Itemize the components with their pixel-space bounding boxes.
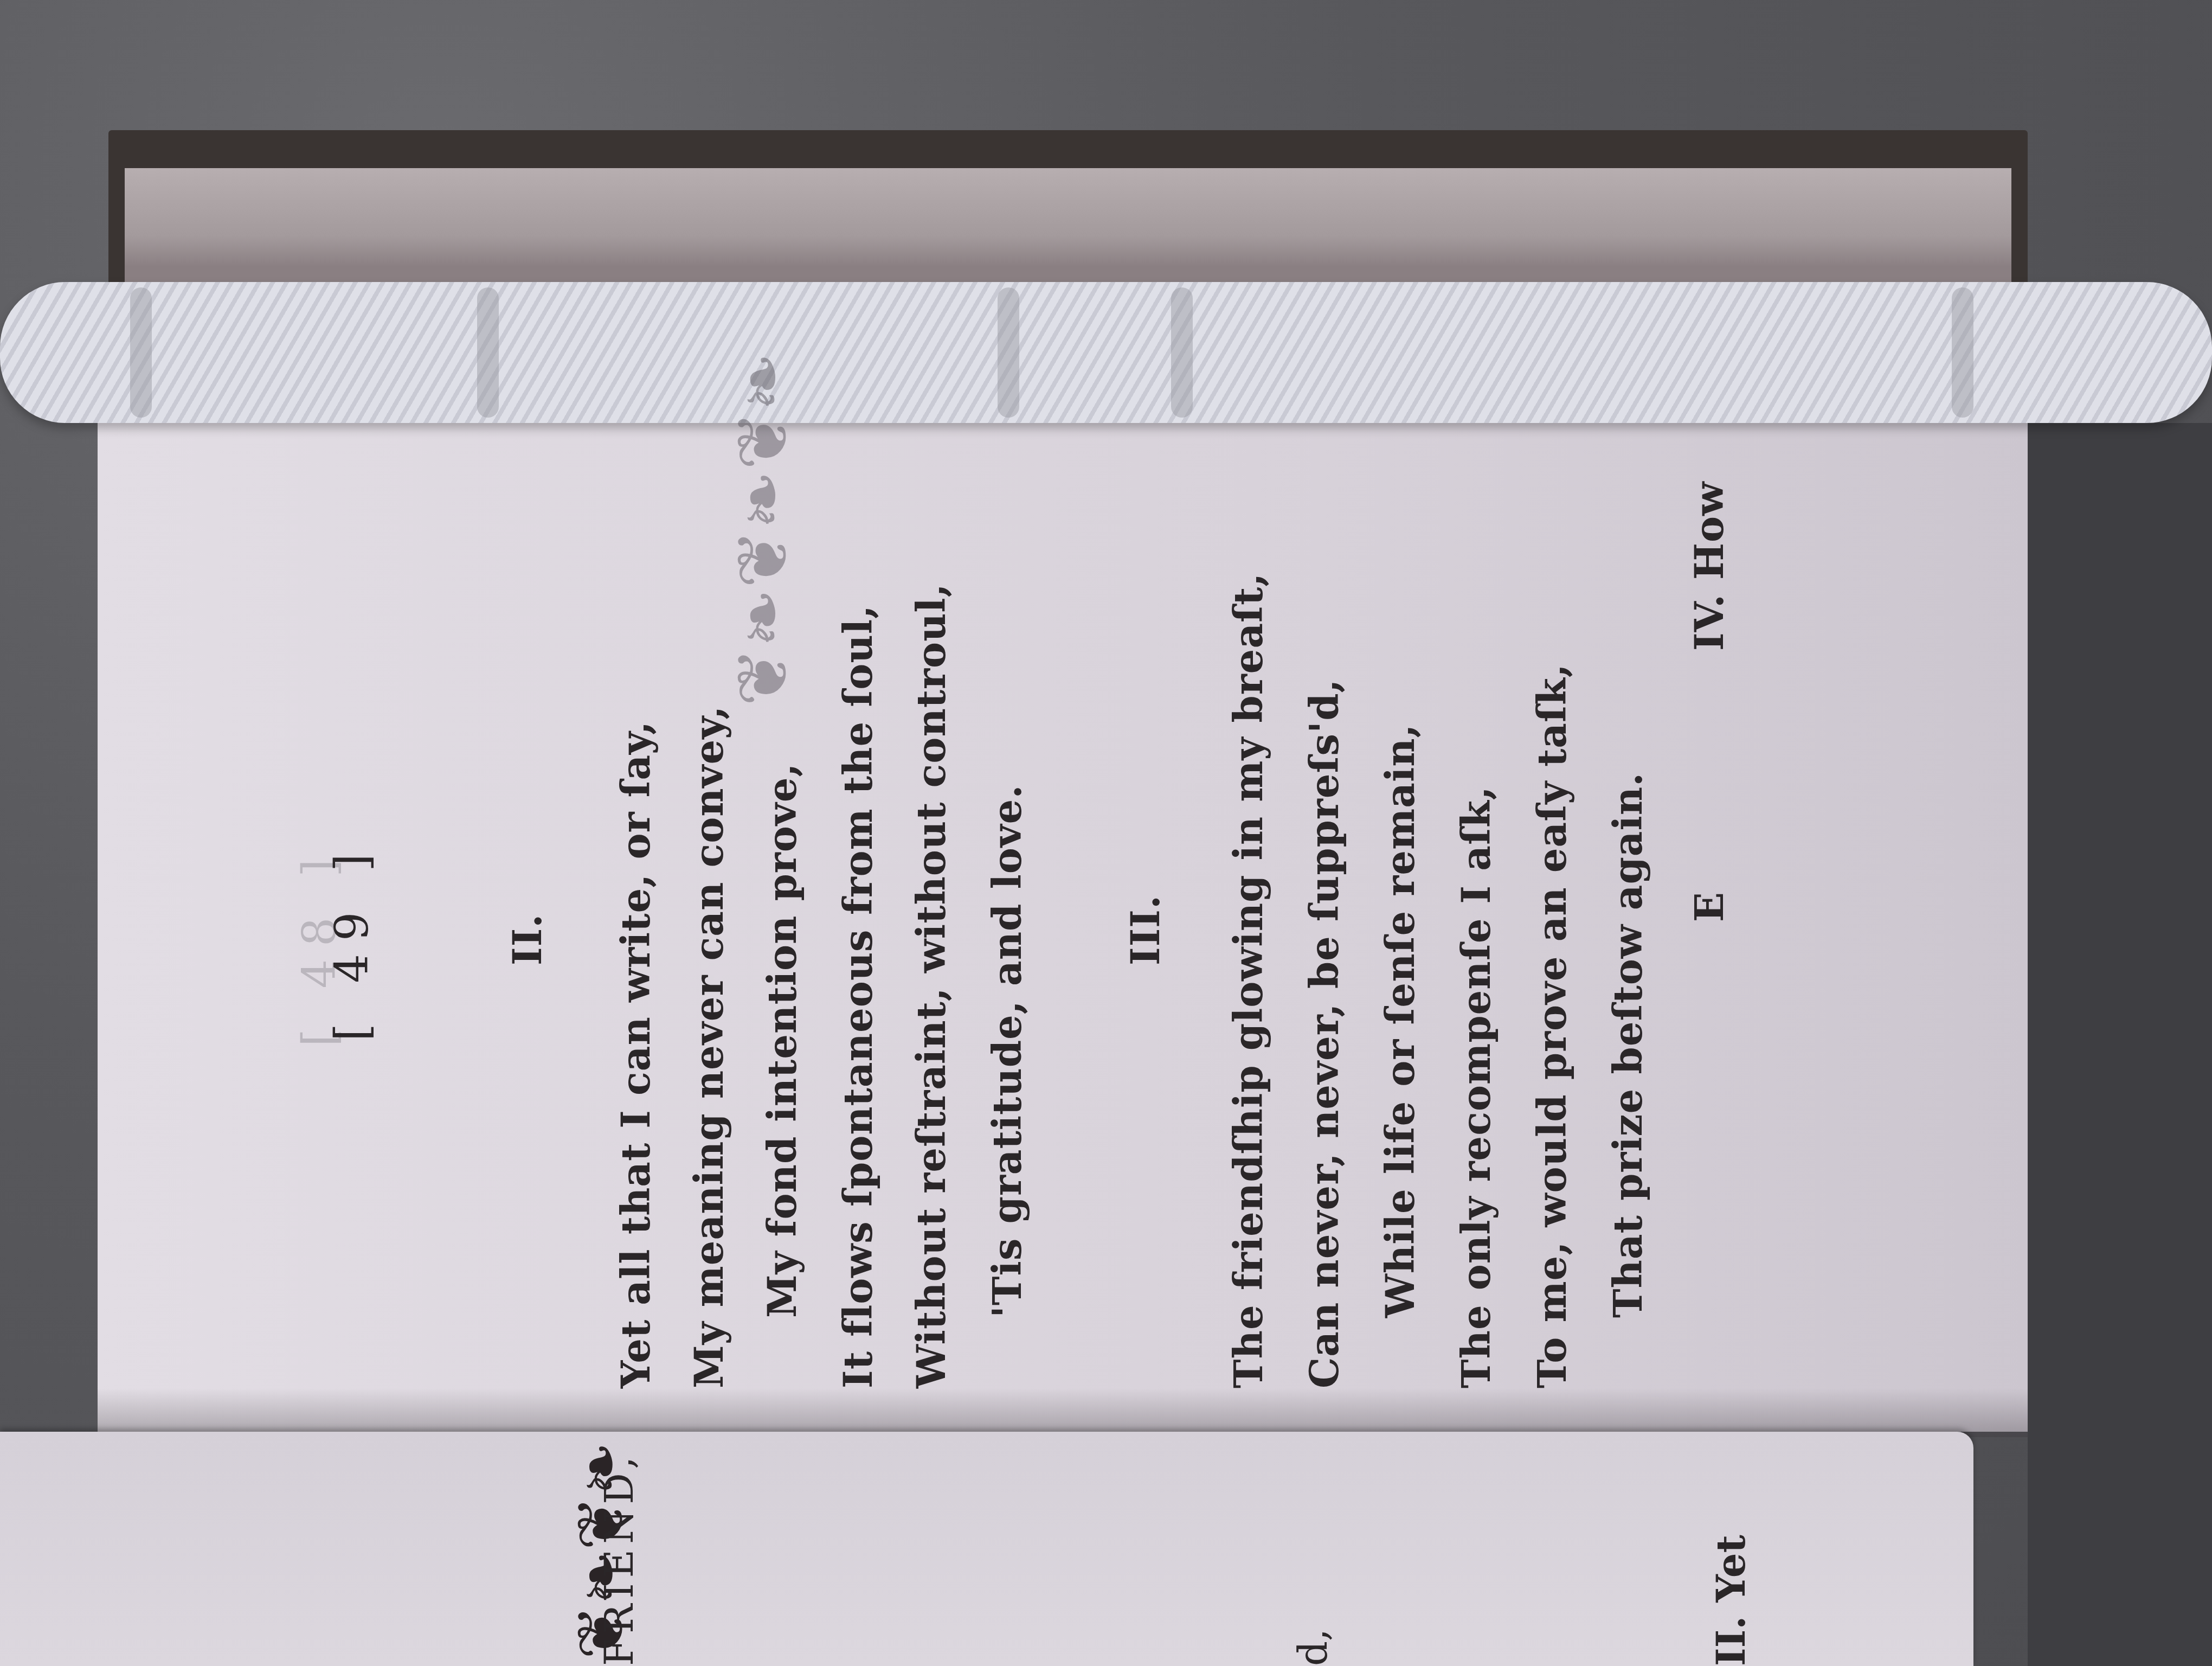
left-page	[0, 1432, 1973, 1666]
foam-shadow	[2028, 423, 2212, 1666]
facing-catchword: II. Yet	[1708, 1535, 1754, 1666]
page-number: [ 49 ]	[325, 841, 378, 1041]
right-page	[98, 412, 2028, 1432]
verse-line: While life or ſenſe remain,	[1377, 723, 1423, 1318]
gutter-shadow	[98, 1388, 2028, 1437]
rope-twist	[130, 287, 152, 418]
bleed-ornament-icon: ❦❧❦❧❦❧	[722, 352, 804, 707]
facing-heading: FRIEND,	[596, 1451, 642, 1666]
verse-line: Without reſtraint, without controul,	[908, 583, 954, 1388]
verse-line: The only recompenſe I aſk,	[1453, 786, 1499, 1388]
verse-line: Can never, never, be ſuppreſs'd,	[1301, 678, 1347, 1388]
verse-line: My fond intention prove,	[759, 762, 805, 1318]
stanza-numeral: II.	[504, 914, 550, 965]
page-leaves	[125, 168, 2011, 266]
verse-line: 'Tis gratitude, and love.	[984, 785, 1030, 1318]
page-weight-rope	[0, 282, 2212, 423]
stanza-numeral: III.	[1122, 895, 1168, 965]
verse-line: To me, would prove an eaſy taſk,	[1529, 663, 1575, 1388]
book-fore-edge	[108, 130, 2028, 293]
verse-line: That prize beſtow again.	[1605, 772, 1651, 1318]
verse-line: The friendſhip glowing in my breaſt,	[1225, 573, 1271, 1388]
verse-line: Yet all that I can write, or ſay,	[613, 721, 659, 1388]
catchword: IV. How	[1686, 482, 1732, 651]
rope-twist	[1952, 287, 1973, 418]
verse-line: It flows ſpontaneous from the ſoul,	[835, 605, 881, 1388]
rope-twist	[998, 287, 1019, 418]
facing-line-fragment: d,	[1290, 1629, 1336, 1666]
signature-mark: E	[1686, 892, 1732, 922]
rope-twist	[1171, 287, 1193, 418]
rope-twist	[477, 287, 499, 418]
verse-line: My meaning never can convey,	[686, 706, 732, 1388]
